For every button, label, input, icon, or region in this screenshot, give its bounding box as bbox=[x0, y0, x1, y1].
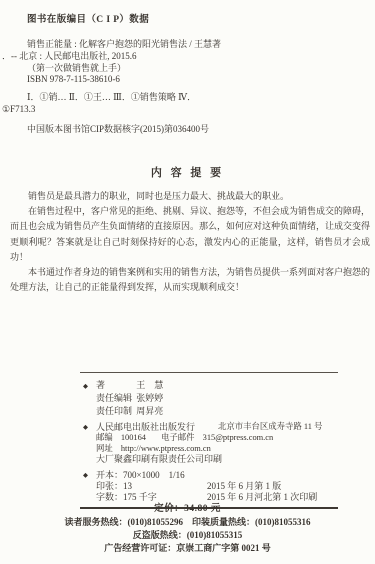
summary-paragraph-1: 销售员是最具潜力的职业，同时也是压力最大、挑战最大的职业。 bbox=[10, 189, 370, 204]
summary-paragraph-2: 在销售过程中，客户常见的拒绝、挑剔、异议、抱怨等，不但会成为销售成交的障碍，而且… bbox=[10, 204, 370, 265]
postcode-value: 100164 bbox=[121, 433, 146, 442]
printer-label: 责任印制 bbox=[96, 405, 134, 418]
cip-classification-line1: Ⅰ．①销… Ⅱ．①王… Ⅲ．①销售策略 Ⅳ． bbox=[27, 92, 196, 104]
cip-classification-line2: ①F713.3 bbox=[2, 104, 196, 116]
cip-series-line: （第一次做销售就上手） bbox=[27, 63, 221, 75]
cip-classification-block: Ⅰ．①销… Ⅱ．①王… Ⅲ．①销售策略 Ⅳ． ①F713.3 bbox=[27, 92, 196, 115]
publisher-row: ◆ 人民邮电出版社出版发行 北京市丰台区成寿寺路 11 号 bbox=[80, 422, 338, 433]
edition-date: 2015 年 6 月第 1 版 bbox=[207, 481, 281, 492]
postcode-label: 邮编 bbox=[96, 433, 113, 442]
cip-data-block: 销售正能量 : 化解客户抱怨的阳光销售法 / 王慧著 ．-- 北京 : 人民邮电… bbox=[27, 39, 221, 86]
editor-name: 张婷婷 bbox=[136, 393, 163, 403]
publisher-group: ◆ 人民邮电出版社出版发行 北京市丰台区成寿寺路 11 号 邮编 100164 … bbox=[80, 422, 338, 465]
cip-record-number-line: 中国版本图书馆CIP数据核字(2015)第036400号 bbox=[27, 122, 209, 135]
editor-label: 责任编辑 bbox=[96, 392, 134, 405]
publisher-name: 人民邮电出版社出版发行 bbox=[96, 422, 218, 433]
format-spec: 开本：700×1000 1/16 bbox=[96, 470, 185, 480]
summary-paragraph-3: 本书通过作者身边的销售案例和实用的销售方法，为销售员提供一系列面对客户抱怨的处理… bbox=[10, 265, 370, 295]
sheets-count: 印张：13 bbox=[96, 481, 207, 492]
email-value: 315@ptpress.com.cn bbox=[203, 433, 274, 442]
website-row: 网址 http://www.ptpress.com.cn bbox=[80, 444, 338, 455]
email-label: 电子邮件 bbox=[161, 433, 195, 442]
format-row: ◆ 开本：700×1000 1/16 bbox=[80, 470, 338, 481]
print-company-name: 大厂聚鑫印刷有限责任公司印刷 bbox=[96, 454, 222, 464]
colophon-block: ◆ 著 王 慧 责任编辑 张婷婷 责任印制 周昇亮 ◆ 人民邮电出版社出版发行 … bbox=[80, 372, 338, 509]
words-row: 字数：175 千字 2015 年 6 月河北第 1 次印刷 bbox=[80, 492, 338, 503]
summary-heading: 内 容 提 要 bbox=[0, 164, 375, 180]
website-label: 网址 bbox=[96, 444, 113, 453]
printer-row: 责任印制 周昇亮 bbox=[80, 405, 338, 418]
print-company-row: 大厂聚鑫印刷有限责任公司印刷 bbox=[80, 454, 338, 465]
website-url: http://www.ptpress.com.cn bbox=[121, 444, 211, 453]
editor-row: 责任编辑 张婷婷 bbox=[80, 392, 338, 405]
format-group: ◆ 开本：700×1000 1/16 印张：13 2015 年 6 月第 1 版… bbox=[80, 470, 338, 502]
reader-hotline-line: 读者服务热线：(010)81055296 印装质量热线：(010)8105531… bbox=[0, 516, 375, 529]
antipiracy-hotline-line: 反盗版热线：(010)81055315 bbox=[0, 529, 375, 542]
sheets-row: 印张：13 2015 年 6 月第 1 版 bbox=[80, 481, 338, 492]
contact-row: 邮编 100164 电子邮件 315@ptpress.com.cn bbox=[80, 433, 338, 444]
cip-title-line: 销售正能量 : 化解客户抱怨的阳光销售法 / 王慧著 bbox=[27, 39, 221, 51]
printer-name: 周昇亮 bbox=[136, 406, 163, 416]
publisher-address: 北京市丰台区成寿寺路 11 号 bbox=[218, 422, 322, 433]
footer-block: 定价：34.80 元 读者服务热线：(010)81055296 印装质量热线：(… bbox=[0, 503, 375, 555]
printing-date: 2015 年 6 月河北第 1 次印刷 bbox=[207, 492, 317, 503]
author-label: 著 bbox=[96, 379, 134, 392]
cip-header-title: 图书在版编目（C I P）数据 bbox=[27, 11, 149, 25]
word-count: 字数：175 千字 bbox=[96, 492, 207, 503]
price-line: 定价：34.80 元 bbox=[0, 503, 375, 516]
book-copyright-page: 图书在版编目（C I P）数据 销售正能量 : 化解客户抱怨的阳光销售法 / 王… bbox=[0, 0, 375, 564]
ad-license-line: 广告经营许可证：京崇工商广字第 0021 号 bbox=[0, 542, 375, 555]
author-name: 王 慧 bbox=[136, 380, 163, 390]
cip-isbn-line: ISBN 978-7-115-38610-6 bbox=[27, 74, 221, 86]
cip-publication-line: ．-- 北京 : 人民邮电出版社, 2015.6 bbox=[2, 51, 221, 63]
author-row: ◆ 著 王 慧 bbox=[80, 379, 338, 392]
summary-paragraphs: 销售员是最具潜力的职业，同时也是压力最大、挑战最大的职业。 在销售过程中，客户常… bbox=[10, 189, 370, 295]
